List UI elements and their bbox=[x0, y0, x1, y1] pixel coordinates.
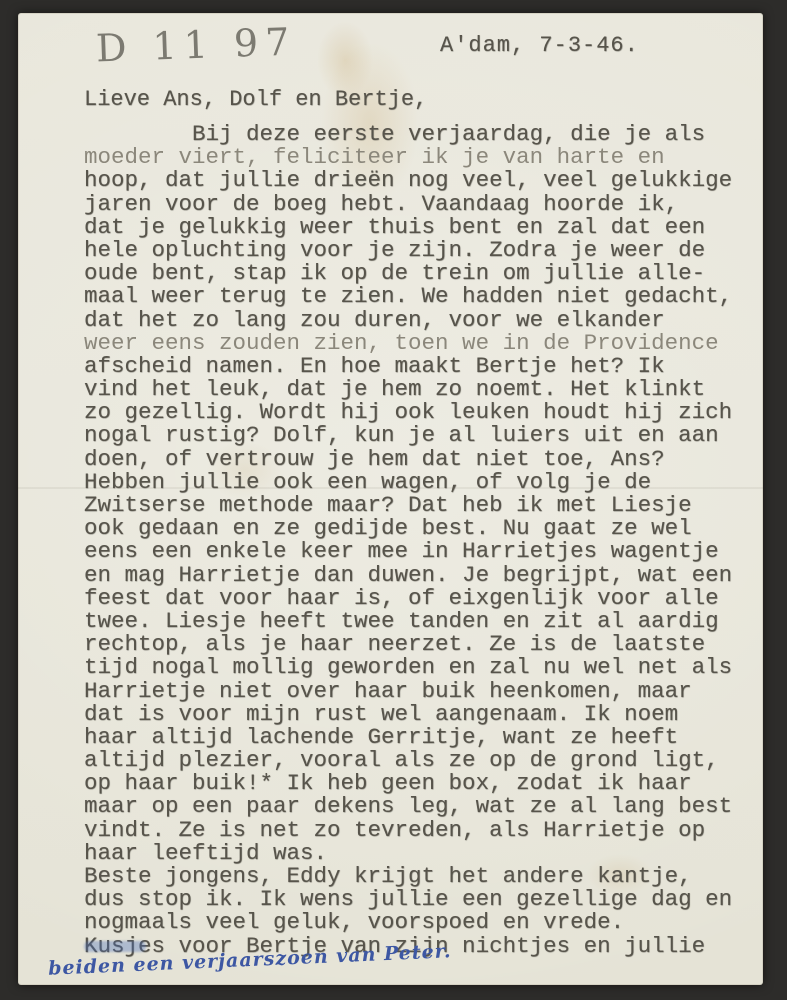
typed-line: dus stop ik. Ik wens jullie een gezellig… bbox=[84, 888, 754, 911]
typed-line: oude bent, stap ik op de trein om jullie… bbox=[84, 262, 754, 285]
typed-line: tijd nogal mollig geworden en zal nu wel… bbox=[84, 656, 754, 679]
typed-line: Harrietje niet over haar buik heenkomen,… bbox=[84, 680, 754, 703]
typed-line: hoop, dat jullie drieën nog veel, veel g… bbox=[84, 169, 754, 192]
typed-line: jaren voor de boeg hebt. Vaandaag hoorde… bbox=[84, 193, 754, 216]
typed-line: Beste jongens, Eddy krijgt het andere ka… bbox=[84, 865, 754, 888]
typed-line: maal weer terug te zien. We hadden niet … bbox=[84, 285, 754, 308]
typed-line: hele opluchting voor je zijn. Zodra je w… bbox=[84, 239, 754, 262]
typed-line: feest dat voor haar is, of eixgenlijk vo… bbox=[84, 587, 754, 610]
salutation: Lieve Ans, Dolf en Bertje, bbox=[84, 87, 427, 112]
typed-line: eens een enkele keer mee in Harrietjes w… bbox=[84, 540, 754, 563]
typed-line: en mag Harrietje dan duwen. Je begrijpt,… bbox=[84, 564, 754, 587]
typed-line: vindt. Ze is net zo tevreden, als Harrie… bbox=[84, 819, 754, 842]
letter-page: D 11 97 A'dam, 7-3-46. Lieve Ans, Dolf e… bbox=[18, 13, 763, 985]
typed-line: twee. Liesje heeft twee tanden en zit al… bbox=[84, 610, 754, 633]
typed-line: haar altijd lachende Gerritje, want ze h… bbox=[84, 726, 754, 749]
typed-line: vind het leuk, dat je hem zo noemt. Het … bbox=[84, 378, 754, 401]
ink-smear bbox=[84, 941, 146, 952]
typed-line: rechtop, als je haar neerzet. Ze is de l… bbox=[84, 633, 754, 656]
typed-body: Bij deze eerste verjaardag, die je alsmo… bbox=[84, 123, 754, 958]
typed-line: moeder viert, feliciteer ik je van harte… bbox=[84, 146, 754, 169]
typed-line: Bij deze eerste verjaardag, die je als bbox=[84, 123, 754, 146]
typed-line: haar leeftijd was. bbox=[84, 842, 754, 865]
typed-line: ook gedaan en ze gedijde best. Nu gaat z… bbox=[84, 517, 754, 540]
scan-background: D 11 97 A'dam, 7-3-46. Lieve Ans, Dolf e… bbox=[0, 0, 787, 1000]
dateline: A'dam, 7-3-46. bbox=[440, 33, 639, 58]
typed-line: doen, of vertrouw je hem dat niet toe, A… bbox=[84, 448, 754, 471]
typed-line: dat je gelukkig weer thuis bent en zal d… bbox=[84, 216, 754, 239]
typed-line: dat is voor mijn rust wel aangenaam. Ik … bbox=[84, 703, 754, 726]
typed-line: op haar buik!* Ik heb geen box, zodat ik… bbox=[84, 772, 754, 795]
typed-line: nogal rustig? Dolf, kun je al luiers uit… bbox=[84, 424, 754, 447]
typed-line: weer eens zouden zien, toen we in de Pro… bbox=[84, 332, 754, 355]
typed-line: Hebben jullie ook een wagen, of volg je … bbox=[84, 471, 754, 494]
archive-code-pencil: D 11 97 bbox=[95, 20, 297, 71]
typed-line: dat het zo lang zou duren, voor we elkan… bbox=[84, 309, 754, 332]
typed-line: zo gezellig. Wordt hij ook leuken houdt … bbox=[84, 401, 754, 424]
typed-line: afscheid namen. En hoe maakt Bertje het?… bbox=[84, 355, 754, 378]
typed-line: nogmaals veel geluk, voorspoed en vrede. bbox=[84, 911, 754, 934]
typed-line: maar op een paar dekens leg, wat ze al l… bbox=[84, 795, 754, 818]
typed-line: altijd plezier, vooral als ze op de gron… bbox=[84, 749, 754, 772]
typed-line: Zwitserse methode maar? Dat heb ik met L… bbox=[84, 494, 754, 517]
